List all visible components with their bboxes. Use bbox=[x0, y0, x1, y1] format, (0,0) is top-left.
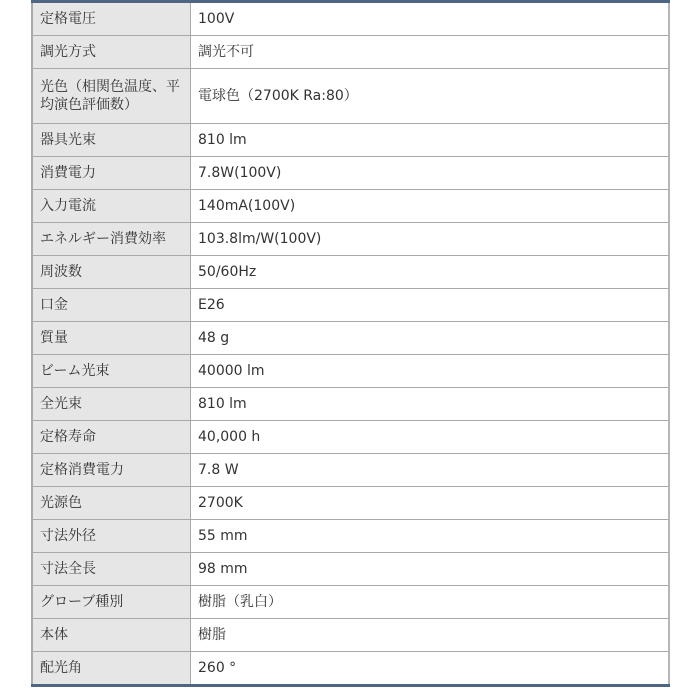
row-value: 103.8lm/W(100V) bbox=[191, 223, 670, 256]
table-row: 消費電力7.8W(100V) bbox=[32, 157, 669, 190]
table-row: 入力電流140mA(100V) bbox=[32, 190, 669, 223]
row-label: 器具光束 bbox=[32, 124, 191, 157]
row-value: E26 bbox=[191, 289, 670, 322]
row-value: 7.8 W bbox=[191, 454, 670, 487]
table-row: 周波数50/60Hz bbox=[32, 256, 669, 289]
row-value: 2700K bbox=[191, 487, 670, 520]
spec-table: 定格電圧100V 調光方式調光不可 光色（相関色温度、平均演色評価数）電球色（2… bbox=[31, 0, 670, 687]
table-row: 定格寿命40,000 h bbox=[32, 421, 669, 454]
row-label: 定格寿命 bbox=[32, 421, 191, 454]
spec-table-container: 定格電圧100V 調光方式調光不可 光色（相関色温度、平均演色評価数）電球色（2… bbox=[31, 0, 670, 697]
row-label: 本体 bbox=[32, 619, 191, 652]
row-label: 寸法全長 bbox=[32, 553, 191, 586]
table-row: エネルギー消費効率103.8lm/W(100V) bbox=[32, 223, 669, 256]
row-value: 7.8W(100V) bbox=[191, 157, 670, 190]
row-value: 調光不可 bbox=[191, 36, 670, 69]
table-row: 調光方式調光不可 bbox=[32, 36, 669, 69]
table-row: 定格電圧100V bbox=[32, 2, 669, 36]
row-label: 配光角 bbox=[32, 652, 191, 686]
row-label: エネルギー消費効率 bbox=[32, 223, 191, 256]
row-value: 40,000 h bbox=[191, 421, 670, 454]
row-label: 質量 bbox=[32, 322, 191, 355]
row-value: 樹脂 bbox=[191, 619, 670, 652]
row-value: 電球色（2700K Ra:80） bbox=[191, 69, 670, 124]
row-value: 260 ° bbox=[191, 652, 670, 686]
row-label: 光色（相関色温度、平均演色評価数） bbox=[32, 69, 191, 124]
row-label: 定格消費電力 bbox=[32, 454, 191, 487]
row-label: 入力電流 bbox=[32, 190, 191, 223]
row-value: 810 lm bbox=[191, 124, 670, 157]
table-row: 口金E26 bbox=[32, 289, 669, 322]
table-row: 質量48 g bbox=[32, 322, 669, 355]
table-row: 配光角260 ° bbox=[32, 652, 669, 686]
row-label: 寸法外径 bbox=[32, 520, 191, 553]
table-row: グローブ種別樹脂（乳白） bbox=[32, 586, 669, 619]
row-label: ビーム光束 bbox=[32, 355, 191, 388]
row-value: 98 mm bbox=[191, 553, 670, 586]
row-label: 調光方式 bbox=[32, 36, 191, 69]
row-value: 100V bbox=[191, 2, 670, 36]
table-row: 定格消費電力7.8 W bbox=[32, 454, 669, 487]
row-value: 樹脂（乳白） bbox=[191, 586, 670, 619]
row-label: 口金 bbox=[32, 289, 191, 322]
row-label: 定格電圧 bbox=[32, 2, 191, 36]
row-value: 50/60Hz bbox=[191, 256, 670, 289]
row-value: 810 lm bbox=[191, 388, 670, 421]
row-value: 48 g bbox=[191, 322, 670, 355]
table-row: ビーム光束40000 lm bbox=[32, 355, 669, 388]
table-row: 寸法外径55 mm bbox=[32, 520, 669, 553]
row-label: 全光束 bbox=[32, 388, 191, 421]
table-row: 光源色2700K bbox=[32, 487, 669, 520]
table-row: 光色（相関色温度、平均演色評価数）電球色（2700K Ra:80） bbox=[32, 69, 669, 124]
row-label: グローブ種別 bbox=[32, 586, 191, 619]
row-value: 55 mm bbox=[191, 520, 670, 553]
row-value: 40000 lm bbox=[191, 355, 670, 388]
table-row: 器具光束810 lm bbox=[32, 124, 669, 157]
row-label: 消費電力 bbox=[32, 157, 191, 190]
table-row: 寸法全長98 mm bbox=[32, 553, 669, 586]
row-label: 光源色 bbox=[32, 487, 191, 520]
row-label: 周波数 bbox=[32, 256, 191, 289]
table-row: 本体樹脂 bbox=[32, 619, 669, 652]
row-value: 140mA(100V) bbox=[191, 190, 670, 223]
table-row: 全光束810 lm bbox=[32, 388, 669, 421]
